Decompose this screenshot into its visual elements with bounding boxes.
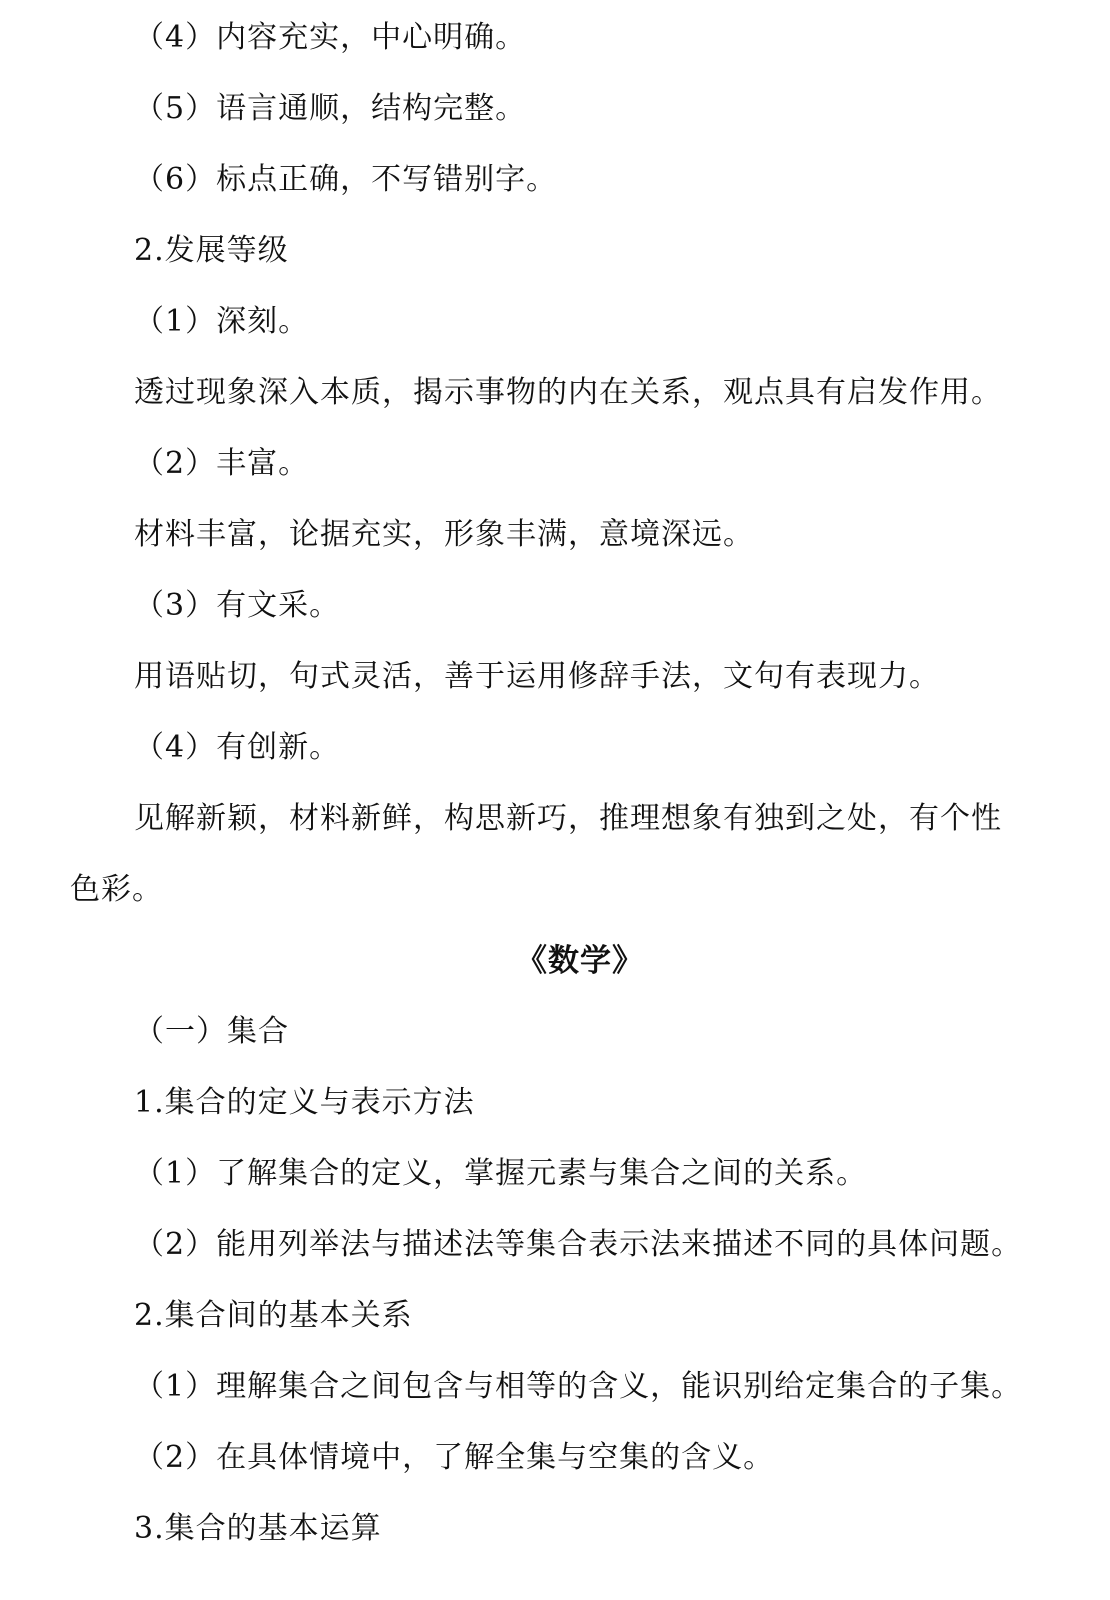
criterion-item: （5）语言通顺，结构完整。 xyxy=(134,89,526,129)
section-heading: 1.集合的定义与表示方法 xyxy=(134,1083,475,1123)
criterion-item: （4）内容充实，中心明确。 xyxy=(134,18,526,58)
objective-item: （2）在具体情境中，了解全集与空集的含义。 xyxy=(134,1438,774,1478)
criterion-item: （3）有文采。 xyxy=(134,586,340,626)
objective-item: （1）理解集合之间包含与相等的含义，能识别给定集合的子集。 xyxy=(134,1367,1022,1407)
objective-item: （1）了解集合的定义，掌握元素与集合之间的关系。 xyxy=(134,1154,867,1194)
document-page: （4）内容充实，中心明确。 （5）语言通顺，结构完整。 （6）标点正确，不写错别… xyxy=(0,0,1110,1600)
section-heading: 2.集合间的基本关系 xyxy=(134,1296,413,1336)
criterion-item: （2）丰富。 xyxy=(134,444,309,484)
section-heading: 2.发展等级 xyxy=(134,231,289,271)
section-heading: 3.集合的基本运算 xyxy=(134,1509,382,1549)
paragraph-continuation: 色彩。 xyxy=(70,870,163,910)
criterion-item: （4）有创新。 xyxy=(134,728,340,768)
objective-item: （2）能用列举法与描述法等集合表示法来描述不同的具体问题。 xyxy=(134,1225,1022,1265)
paragraph: 见解新颖，材料新鲜，构思新巧，推理想象有独到之处，有个性 xyxy=(134,799,1002,839)
criterion-item: （1）深刻。 xyxy=(134,302,309,342)
chapter-heading: （一）集合 xyxy=(134,1012,289,1052)
paragraph: 透过现象深入本质，揭示事物的内在关系，观点具有启发作用。 xyxy=(134,373,1002,413)
criterion-item: （6）标点正确，不写错别字。 xyxy=(134,160,557,200)
paragraph: 材料丰富，论据充实，形象丰满，意境深远。 xyxy=(134,515,754,555)
paragraph: 用语贴切，句式灵活，善于运用修辞手法，文句有表现力。 xyxy=(134,657,940,697)
subject-title: 《数学》 xyxy=(0,941,1110,981)
